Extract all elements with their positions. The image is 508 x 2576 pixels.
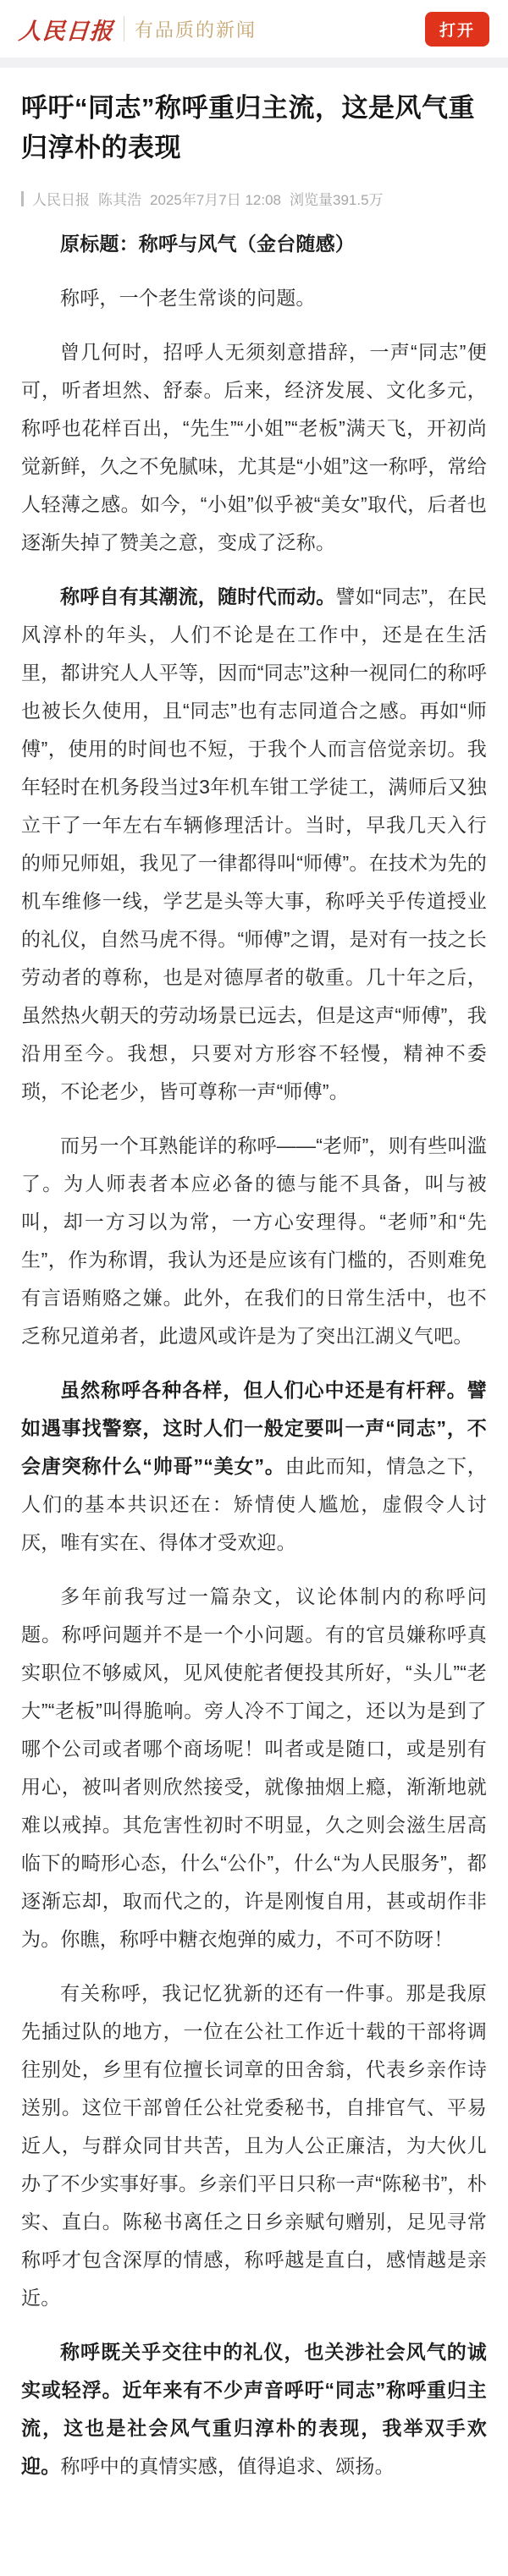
article-paragraph: 虽然称呼各种各样，但人们心中还是有杆秤。譬如遇事找警察，这时人们一般定要叫一声“… — [21, 1371, 487, 1562]
article-title: 呼吁“同志”称呼重归主流，这是风气重归淳朴的表现 — [21, 88, 487, 168]
meta-left-bar — [21, 191, 24, 206]
paragraph-segment: 称呼中的真情实感，值得追求、颂扬。 — [60, 2455, 394, 2477]
paragraph-segment: 有关称呼，我记忆犹新的还有一件事。那是我原先插过队的地方，一位在公社工作近十载的… — [21, 1982, 487, 2309]
article-body: 原标题：称呼与风气（金台随感）称呼，一个老生常谈的问题。曾几何时，招呼人无须刻意… — [21, 225, 487, 2485]
article-paragraph: 有关称呼，我记忆犹新的还有一件事。那是我原先插过队的地方，一位在公社工作近十载的… — [21, 1975, 487, 2317]
app-banner: 人民日报 有品质的新闻 打开 — [0, 0, 508, 58]
meta-views: 浏览量391.5万 — [290, 188, 384, 209]
paragraph-segment: 曾几何时，招呼人无须刻意措辞，一声“同志”便可，听者坦然、舒泰。后来，经济发展、… — [21, 341, 487, 553]
article-paragraph: 曾几何时，招呼人无须刻意措辞，一声“同志”便可，听者坦然、舒泰。后来，经济发展、… — [21, 333, 487, 562]
paragraph-segment: 而另一个耳熟能详的称呼——“老师”，则有些叫滥了。为人师表者本应必备的德与能不具… — [21, 1134, 487, 1347]
paragraph-segment-bold: 原标题：称呼与风气（金台随感） — [60, 233, 355, 255]
peoples-daily-logo: 人民日报 — [18, 13, 115, 46]
banner-slogan: 有品质的新闻 — [135, 16, 257, 42]
meta-datetime: 2025年7月7日 12:08 — [150, 188, 281, 209]
meta-source: 人民日报 — [32, 188, 90, 209]
article-paragraph: 称呼自有其潮流，随时代而动。譬如“同志”，在民风淳朴的年头，人们不论是在工作中，… — [21, 578, 487, 1111]
paragraph-segment: 称呼，一个老生常谈的问题。 — [60, 287, 316, 309]
article-paragraph: 多年前我写过一篇杂文，议论体制内的称呼问题。称呼问题并不是一个小问题。有的官员嫌… — [21, 1578, 487, 1958]
article-paragraph: 而另一个耳熟能详的称呼——“老师”，则有些叫滥了。为人师表者本应必备的德与能不具… — [21, 1127, 487, 1355]
logo-divider — [124, 16, 124, 41]
article-paragraph: 原标题：称呼与风气（金台随感） — [21, 225, 487, 263]
article-paragraph: 称呼既关乎交往中的礼仪，也关涉社会风气的诚实或轻浮。近年来有不少声音呼吁“同志”… — [21, 2333, 487, 2485]
meta-author: 陈其浩 — [98, 188, 141, 209]
open-app-button[interactable]: 打开 — [425, 12, 489, 47]
header-divider-strip — [0, 58, 508, 68]
paragraph-segment: 譬如“同志”，在民风淳朴的年头，人们不论是在工作中，还是在生活里，都讲究人人平等… — [21, 585, 487, 1102]
paragraph-segment: 多年前我写过一篇杂文，议论体制内的称呼问题。称呼问题并不是一个小问题。有的官员嫌… — [21, 1585, 487, 1950]
paragraph-segment-bold: 称呼自有其潮流，随时代而动。 — [60, 585, 335, 607]
article-paragraph: 称呼，一个老生常谈的问题。 — [21, 279, 487, 317]
article-container: 呼吁“同志”称呼重归主流，这是风气重归淳朴的表现 人民日报 陈其浩 2025年7… — [0, 88, 508, 2527]
article-meta: 人民日报 陈其浩 2025年7月7日 12:08 浏览量391.5万 — [21, 188, 487, 209]
